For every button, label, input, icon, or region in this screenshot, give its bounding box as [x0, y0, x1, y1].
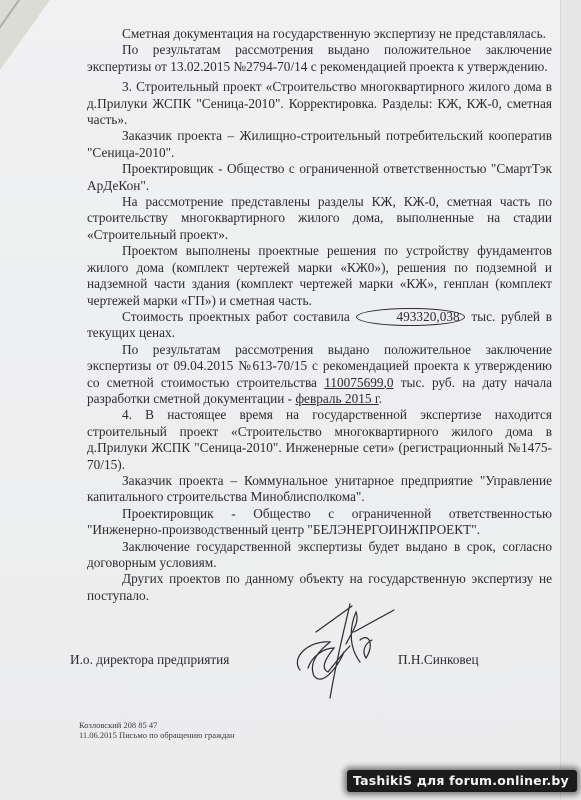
paragraph-project-4-designer: Проектировщик - Общество с ограниченной … — [87, 506, 552, 539]
executor-contact: Козловский 208 85 47 — [79, 720, 235, 730]
paragraph-design-cost: Стоимость проектных работ составила 4933… — [87, 309, 552, 342]
paragraph-project-3-designer: Проектировщик - Общество с ограниченной … — [87, 161, 552, 194]
letter-body: Сметная документация на государственную … — [87, 26, 552, 604]
paragraph-deadline: Заключение государственной экспертизы бу… — [87, 539, 552, 572]
paragraph-project-4-customer: Заказчик проекта – Коммунальное унитарно… — [87, 473, 552, 506]
paragraph-expertise-conclusion-2: По результатам рассмотрения выдано полож… — [87, 342, 552, 408]
letter-reference-note: 11.06.2015 Письмо по обращению граждан — [79, 730, 235, 740]
paragraph-project-3-sections: На рассмотрение представлены разделы КЖ,… — [87, 194, 552, 243]
paragraph-estimate-not-submitted: Сметная документация на государственную … — [87, 26, 552, 42]
paragraph-project-4-title: 4. В настоящее время на государственной … — [87, 407, 552, 473]
design-cost-circled-value: 493320,038 — [356, 308, 464, 326]
conclusion-2-tail: . — [379, 391, 382, 406]
paragraph-no-other-projects: Других проектов по данному объекту на го… — [87, 571, 552, 604]
signatory-role: И.о. директора предприятия — [70, 652, 229, 668]
paragraph-project-3-customer: Заказчик проекта – Жилищно-строительный … — [87, 128, 552, 161]
paragraph-expertise-conclusion-1: По результатам рассмотрения выдано полож… — [87, 42, 552, 75]
paragraph-project-3-title: 3. Строительный проект «Строительство мн… — [87, 79, 552, 128]
folded-page-corner — [0, 0, 50, 70]
signatory-name: П.Н.Синковец — [398, 652, 479, 668]
design-cost-lead: Стоимость проектных работ составила — [122, 309, 350, 324]
document-page: Сметная документация на государственную … — [0, 0, 560, 800]
estimate-date-underlined: февраль 2015 г — [295, 391, 378, 406]
executor-footer: Козловский 208 85 47 11.06.2015 Письмо п… — [79, 720, 235, 740]
scan-right-edge — [560, 0, 581, 800]
forum-watermark: TashikiS для forum.onliner.by — [347, 770, 577, 792]
construction-cost-underlined-value: 110075699,0 — [324, 375, 393, 390]
handwritten-signature-icon — [290, 602, 400, 702]
paragraph-project-3-solutions: Проектом выполнены проектные решения по … — [87, 243, 552, 309]
